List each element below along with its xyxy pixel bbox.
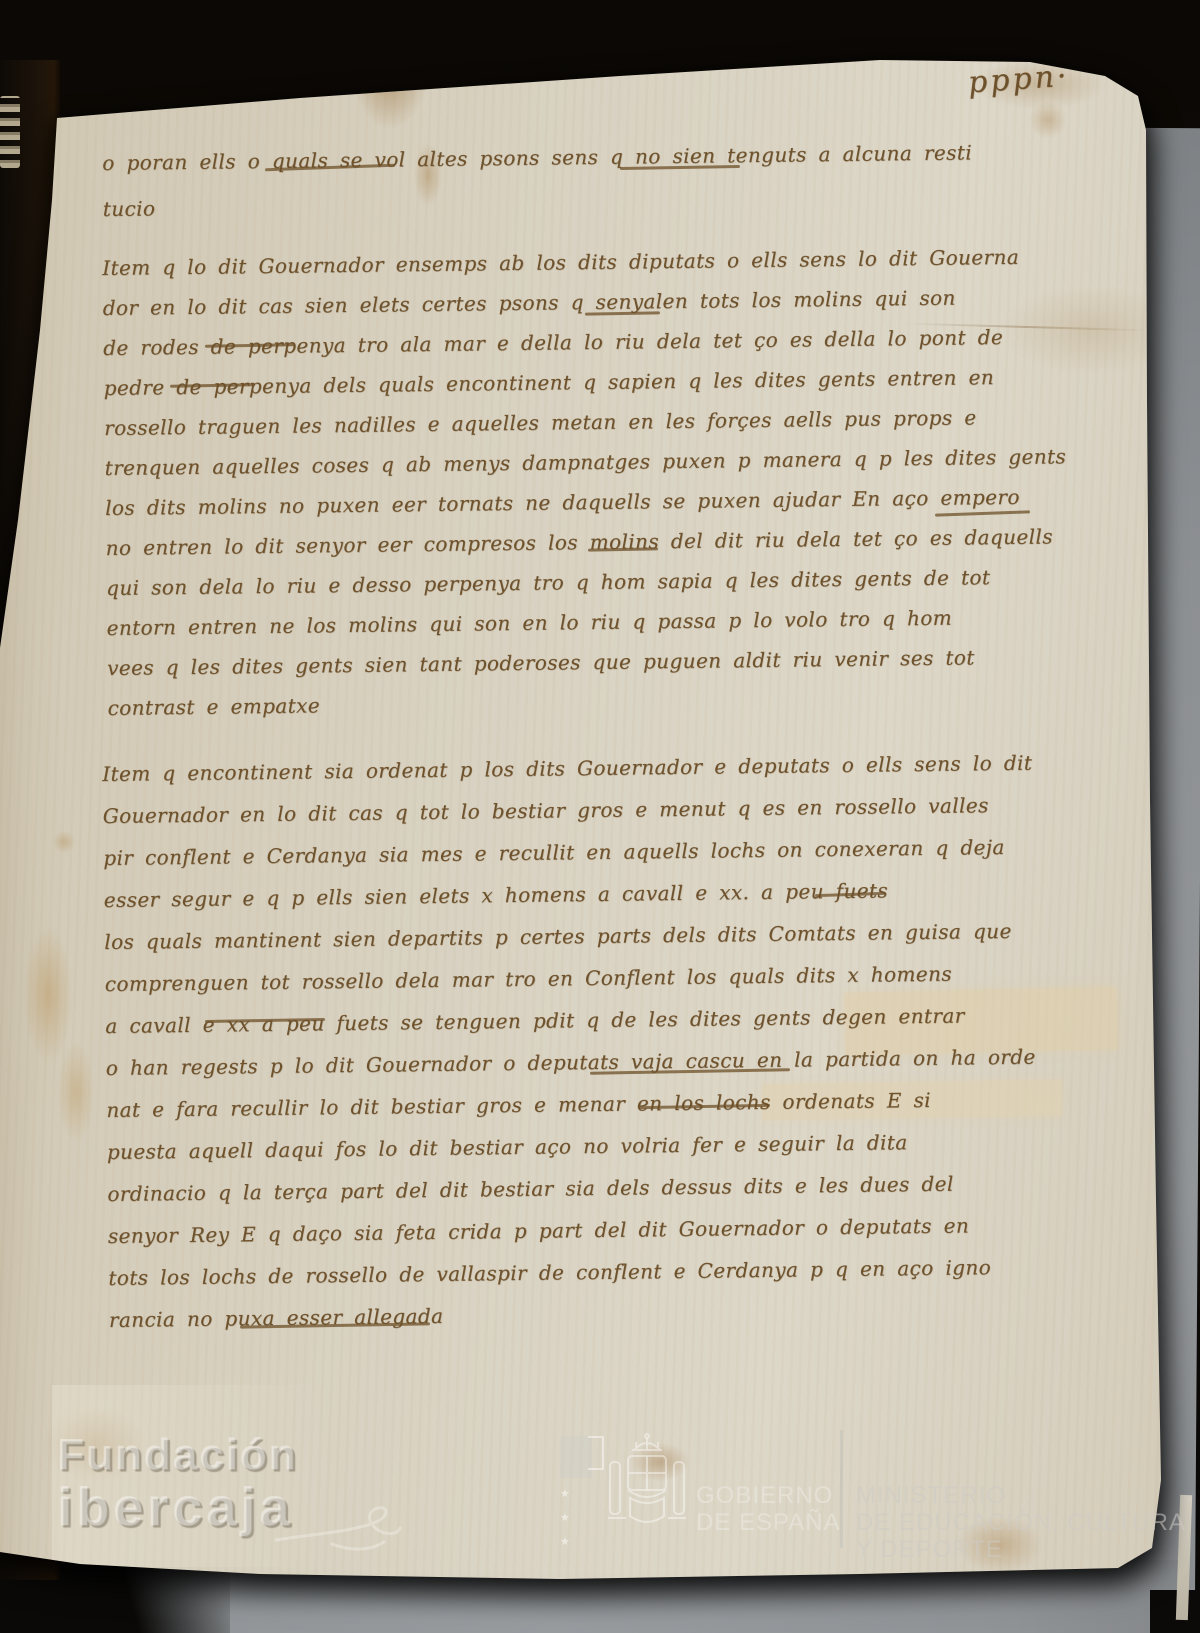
flag-notch-icon bbox=[588, 1436, 604, 1470]
paragraph: Item q lo dit Gouernador ensemps ab los … bbox=[102, 236, 1098, 728]
page-shadow-wrap: pppn· o poran ells o quals se vol altes … bbox=[0, 0, 1200, 1633]
folio-number: pppn· bbox=[967, 59, 1071, 101]
parchment-page: pppn· o poran ells o quals se vol altes … bbox=[0, 0, 1200, 1633]
manuscript-photo: pppn· o poran ells o quals se vol altes … bbox=[0, 0, 1200, 1633]
funder-swirl-icon bbox=[272, 1492, 402, 1562]
spain-coat-of-arms-icon bbox=[606, 1432, 688, 1550]
wordmark-divider bbox=[840, 1430, 843, 1548]
paragraph: o poran ells o quals se vol altes psons … bbox=[102, 128, 1093, 232]
paragraph: Item q encontinent sia ordenat p los dit… bbox=[102, 741, 1099, 1341]
flag-stars-icon: ★★★ bbox=[560, 1482, 574, 1554]
